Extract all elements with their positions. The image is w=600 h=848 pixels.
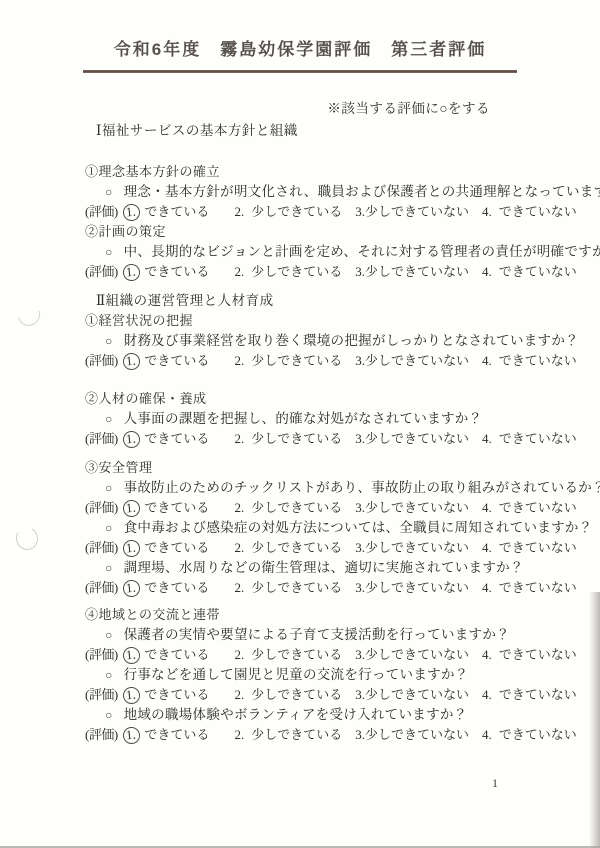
option-label: できていない — [499, 727, 577, 742]
selected-circle-mark: 1. — [122, 263, 140, 282]
evaluation-option: 4.できていない — [482, 540, 577, 555]
evaluation-option: 4.できていない — [482, 353, 577, 368]
option-label: 少しできている — [251, 687, 342, 702]
option-number: 3. — [355, 500, 365, 515]
evaluation-option: 4.できていない — [482, 580, 577, 595]
evaluation-option: 1.できている — [123, 353, 210, 368]
option-label: できている — [144, 204, 209, 219]
question-line: ○調理場、水周りなどの衛生管理は、適切に実施されていますか？ — [85, 558, 570, 578]
option-label: できていない — [499, 687, 577, 702]
group-label: ④地域との交流と連帯 — [85, 605, 570, 625]
question-group: ②計画の策定○中、長期的なビジョンと計画を定め、それに対する管理者の責任が明確で… — [85, 222, 570, 282]
option-number: 4. — [482, 204, 492, 219]
circle-bullet-icon: ○ — [105, 409, 113, 429]
option-label: 少しできている — [251, 540, 342, 555]
option-label: できていない — [499, 540, 577, 555]
selected-circle-mark: 1. — [122, 686, 140, 705]
question-line: ○行事などを通して園児と児童の交流を行っていますか？ — [85, 665, 570, 685]
question-text: 調理場、水周りなどの衛生管理は、適切に実施されていますか？ — [124, 560, 524, 575]
question-text: 人事面の課題を把握し、的確な対処がなされていますか？ — [124, 411, 483, 426]
question-group: ②人材の確保・養成○人事面の課題を把握し、的確な対処がなされていますか？(評価)… — [85, 389, 570, 449]
option-label: できていない — [499, 204, 577, 219]
option-label: 少しできていない — [365, 580, 469, 595]
option-label: できていない — [499, 353, 577, 368]
evaluation-line: (評価)1.できている2.少しできている3.少しできていない4.できていない — [85, 538, 570, 558]
evaluation-option: 2.少しできている — [234, 540, 342, 555]
option-label: できている — [144, 687, 209, 702]
evaluation-option: 4.できていない — [482, 500, 577, 515]
circle-bullet-icon: ○ — [105, 242, 113, 262]
evaluation-line: (評価)1.できている2.少しできている3.少しできていない4.できていない — [85, 685, 570, 705]
evaluation-line: (評価)1.できている2.少しできている3.少しできていない4.できていない — [85, 262, 570, 282]
option-label: できていない — [499, 431, 577, 446]
question-text: 理念・基本方針が明文化され、職員および保護者との共通理解となっていますか？ — [124, 184, 600, 199]
evaluation-option: 1.できている — [123, 580, 210, 595]
option-number: 4. — [482, 431, 492, 446]
question-group: ①経営状況の把握○財務及び事業経営を取り巻く環境の把握がしっかりとなされています… — [85, 311, 570, 371]
title-underline — [83, 70, 517, 73]
option-number: 2. — [234, 580, 244, 595]
option-number: 3. — [355, 204, 365, 219]
selected-circle-mark: 1. — [122, 430, 140, 449]
evaluation-label: (評価) — [85, 687, 118, 702]
evaluation-option: 3.少しできていない — [355, 431, 469, 446]
evaluation-option: 1.できている — [123, 687, 210, 702]
section-heading: Ⅰ福祉サービスの基本方針と組織 — [85, 121, 570, 141]
evaluation-option: 3.少しできていない — [355, 727, 469, 742]
evaluation-option: 1.できている — [123, 431, 210, 446]
section-heading: Ⅱ組織の運営管理と人材育成 — [85, 291, 570, 311]
evaluation-line: (評価)1.できている2.少しできている3.少しできていない4.できていない — [85, 202, 570, 222]
option-number: 4. — [482, 500, 492, 515]
question-line: ○事故防止のためのチックリストがあり、事故防止の取り組みがされているか？ — [85, 478, 570, 498]
option-label: 少しできていない — [365, 727, 469, 742]
evaluation-option: 4.できていない — [482, 727, 577, 742]
question-group: ③安全管理○事故防止のためのチックリストがあり、事故防止の取り組みがされているか… — [85, 458, 570, 598]
option-label: 少しできていない — [365, 264, 469, 279]
option-label: 少しできている — [251, 580, 342, 595]
evaluation-option: 2.少しできている — [234, 687, 342, 702]
evaluation-line: (評価)1.できている2.少しできている3.少しできていない4.できていない — [85, 429, 570, 449]
evaluation-option: 3.少しできていない — [355, 353, 469, 368]
evaluation-label: (評価) — [85, 204, 118, 219]
evaluation-option: 2.少しできている — [234, 580, 342, 595]
option-number: 4. — [482, 727, 492, 742]
option-label: できていない — [499, 647, 577, 662]
option-number: 3. — [355, 431, 365, 446]
page-number: 1 — [492, 776, 498, 791]
evaluation-option: 1.できている — [123, 727, 210, 742]
evaluation-label: (評価) — [85, 431, 118, 446]
evaluation-option: 1.できている — [123, 540, 210, 555]
circle-bullet-icon: ○ — [105, 518, 113, 538]
option-number: 2. — [234, 353, 244, 368]
option-number: 2. — [234, 431, 244, 446]
question-text: 保護者の実情や要望による子育て支援活動を行っていますか？ — [124, 627, 510, 642]
evaluation-option: 2.少しできている — [234, 204, 342, 219]
question-text: 行事などを通して園児と児童の交流を行っていますか？ — [124, 667, 469, 682]
option-label: 少しできている — [251, 353, 342, 368]
option-number: 3. — [355, 580, 365, 595]
evaluation-label: (評価) — [85, 264, 118, 279]
selected-circle-mark: 1. — [122, 726, 140, 745]
option-label: できている — [144, 580, 209, 595]
option-number: 2. — [234, 500, 244, 515]
option-number: 2. — [234, 264, 244, 279]
option-number: 4. — [482, 353, 492, 368]
evaluation-label: (評価) — [85, 353, 118, 368]
question-line: ○中、長期的なビジョンと計画を定め、それに対する管理者の責任が明確ですか？ — [85, 242, 570, 262]
evaluation-option: 1.できている — [123, 500, 210, 515]
evaluation-label: (評価) — [85, 580, 118, 595]
option-number: 2. — [234, 727, 244, 742]
option-number: 2. — [234, 204, 244, 219]
evaluation-option: 3.少しできていない — [355, 580, 469, 595]
form-section: Ⅱ組織の運営管理と人材育成①経営状況の把握○財務及び事業経営を取り巻く環境の把握… — [85, 291, 570, 745]
option-number: 3. — [355, 647, 365, 662]
evaluation-option: 1.できている — [123, 204, 210, 219]
evaluation-option: 2.少しできている — [234, 264, 342, 279]
option-label: できていない — [499, 500, 577, 515]
evaluation-label: (評価) — [85, 727, 118, 742]
question-group: ①理念基本方針の確立○理念・基本方針が明文化され、職員および保護者との共通理解と… — [85, 162, 570, 222]
option-number: 3. — [355, 687, 365, 702]
circle-bullet-icon: ○ — [105, 478, 113, 498]
option-label: 少しできている — [251, 431, 342, 446]
evaluation-option: 2.少しできている — [234, 647, 342, 662]
evaluation-option: 3.少しできていない — [355, 204, 469, 219]
question-line: ○食中毒および感染症の対処方法については、全職員に周知されていますか？ — [85, 518, 570, 538]
evaluation-line: (評価)1.できている2.少しできている3.少しできていない4.できていない — [85, 725, 570, 745]
option-number: 4. — [482, 687, 492, 702]
evaluation-line: (評価)1.できている2.少しできている3.少しできていない4.できていない — [85, 351, 570, 371]
question-line: ○地域の職場体験やボランティアを受け入れていますか？ — [85, 705, 570, 725]
question-line: ○保護者の実情や要望による子育て支援活動を行っていますか？ — [85, 625, 570, 645]
question-text: 地域の職場体験やボランティアを受け入れていますか？ — [124, 707, 468, 722]
option-label: 少しできていない — [365, 353, 469, 368]
option-label: 少しできている — [251, 647, 342, 662]
option-number: 4. — [482, 647, 492, 662]
evaluation-line: (評価)1.できている2.少しできている3.少しできていない4.できていない — [85, 645, 570, 665]
option-label: 少しできていない — [365, 204, 469, 219]
form-section: Ⅰ福祉サービスの基本方針と組織①理念基本方針の確立○理念・基本方針が明文化され、… — [85, 121, 570, 282]
question-line: ○理念・基本方針が明文化され、職員および保護者との共通理解となっていますか？ — [85, 182, 570, 202]
selected-circle-mark: 1. — [122, 203, 140, 222]
scanned-document-page: 令和6年度 霧島幼保学園評価 第三者評価 ※該当する評価に○をする Ⅰ福祉サービ… — [0, 0, 600, 848]
selected-circle-mark: 1. — [122, 539, 140, 558]
evaluation-option: 4.できていない — [482, 431, 577, 446]
option-label: 少しできていない — [365, 500, 469, 515]
question-line: ○財務及び事業経営を取り巻く環境の把握がしっかりとなされていますか？ — [85, 331, 570, 351]
evaluation-option: 3.少しできていない — [355, 647, 469, 662]
option-label: 少しできている — [251, 727, 342, 742]
question-line: ○人事面の課題を把握し、的確な対処がなされていますか？ — [85, 409, 570, 429]
option-label: できている — [144, 500, 209, 515]
option-number: 4. — [482, 264, 492, 279]
evaluation-option: 1.できている — [123, 264, 210, 279]
option-label: できている — [144, 431, 209, 446]
evaluation-line: (評価)1.できている2.少しできている3.少しできていない4.できていない — [85, 578, 570, 598]
selected-circle-mark: 1. — [122, 579, 140, 598]
evaluation-option: 3.少しできていない — [355, 500, 469, 515]
evaluation-option: 2.少しできている — [234, 500, 342, 515]
option-label: できていない — [499, 580, 577, 595]
instruction-note: ※該当する評価に○をする — [0, 99, 600, 119]
option-label: 少しできていない — [365, 647, 469, 662]
group-label: ②人材の確保・養成 — [85, 389, 570, 409]
circle-bullet-icon: ○ — [105, 705, 113, 725]
question-group: ④地域との交流と連帯○保護者の実情や要望による子育て支援活動を行っていますか？(… — [85, 605, 570, 745]
option-number: 3. — [355, 727, 365, 742]
page-title: 令和6年度 霧島幼保学園評価 第三者評価 — [0, 0, 600, 62]
evaluation-option: 3.少しできていない — [355, 264, 469, 279]
option-label: できていない — [499, 264, 577, 279]
option-number: 3. — [355, 264, 365, 279]
evaluation-option: 4.できていない — [482, 264, 577, 279]
option-number: 2. — [234, 540, 244, 555]
group-label: ①理念基本方針の確立 — [85, 162, 570, 182]
evaluation-option: 4.できていない — [482, 204, 577, 219]
evaluation-option: 3.少しできていない — [355, 687, 469, 702]
circle-bullet-icon: ○ — [105, 182, 113, 202]
evaluation-option: 2.少しできている — [234, 727, 342, 742]
question-text: 食中毒および感染症の対処方法については、全職員に周知されていますか？ — [124, 520, 593, 535]
evaluation-option: 4.できていない — [482, 647, 577, 662]
option-label: 少しできていない — [365, 687, 469, 702]
option-number: 4. — [482, 540, 492, 555]
evaluation-option: 3.少しできていない — [355, 540, 469, 555]
evaluation-option: 4.できていない — [482, 687, 577, 702]
option-label: できている — [144, 647, 209, 662]
option-number: 3. — [355, 353, 365, 368]
evaluation-label: (評価) — [85, 647, 118, 662]
form-body: Ⅰ福祉サービスの基本方針と組織①理念基本方針の確立○理念・基本方針が明文化され、… — [0, 121, 600, 745]
option-label: できている — [144, 540, 209, 555]
option-label: 少しできている — [251, 204, 342, 219]
option-number: 2. — [234, 687, 244, 702]
evaluation-label: (評価) — [85, 500, 118, 515]
option-label: 少しできていない — [365, 431, 469, 446]
option-label: できている — [144, 727, 209, 742]
option-label: 少しできていない — [365, 540, 469, 555]
option-number: 2. — [234, 647, 244, 662]
option-number: 4. — [482, 580, 492, 595]
question-text: 財務及び事業経営を取り巻く環境の把握がしっかりとなされていますか？ — [124, 333, 579, 348]
scan-edge-shadow — [589, 592, 600, 848]
option-label: 少しできている — [251, 264, 342, 279]
evaluation-option: 2.少しできている — [234, 353, 342, 368]
evaluation-label: (評価) — [85, 540, 118, 555]
option-label: 少しできている — [251, 500, 342, 515]
circle-bullet-icon: ○ — [105, 625, 113, 645]
question-text: 事故防止のためのチックリストがあり、事故防止の取り組みがされているか？ — [124, 480, 600, 495]
option-number: 3. — [355, 540, 365, 555]
option-label: できている — [144, 353, 209, 368]
option-label: できている — [144, 264, 209, 279]
group-label: ③安全管理 — [85, 458, 570, 478]
circle-bullet-icon: ○ — [105, 558, 113, 578]
group-label: ②計画の策定 — [85, 222, 570, 242]
question-text: 中、長期的なビジョンと計画を定め、それに対する管理者の責任が明確ですか？ — [124, 244, 600, 259]
circle-bullet-icon: ○ — [105, 331, 113, 351]
group-label: ①経営状況の把握 — [85, 311, 570, 331]
selected-circle-mark: 1. — [122, 646, 140, 665]
circle-bullet-icon: ○ — [105, 665, 113, 685]
selected-circle-mark: 1. — [122, 352, 140, 371]
evaluation-line: (評価)1.できている2.少しできている3.少しできていない4.できていない — [85, 498, 570, 518]
evaluation-option: 1.できている — [123, 647, 210, 662]
evaluation-option: 2.少しできている — [234, 431, 342, 446]
selected-circle-mark: 1. — [122, 499, 140, 518]
